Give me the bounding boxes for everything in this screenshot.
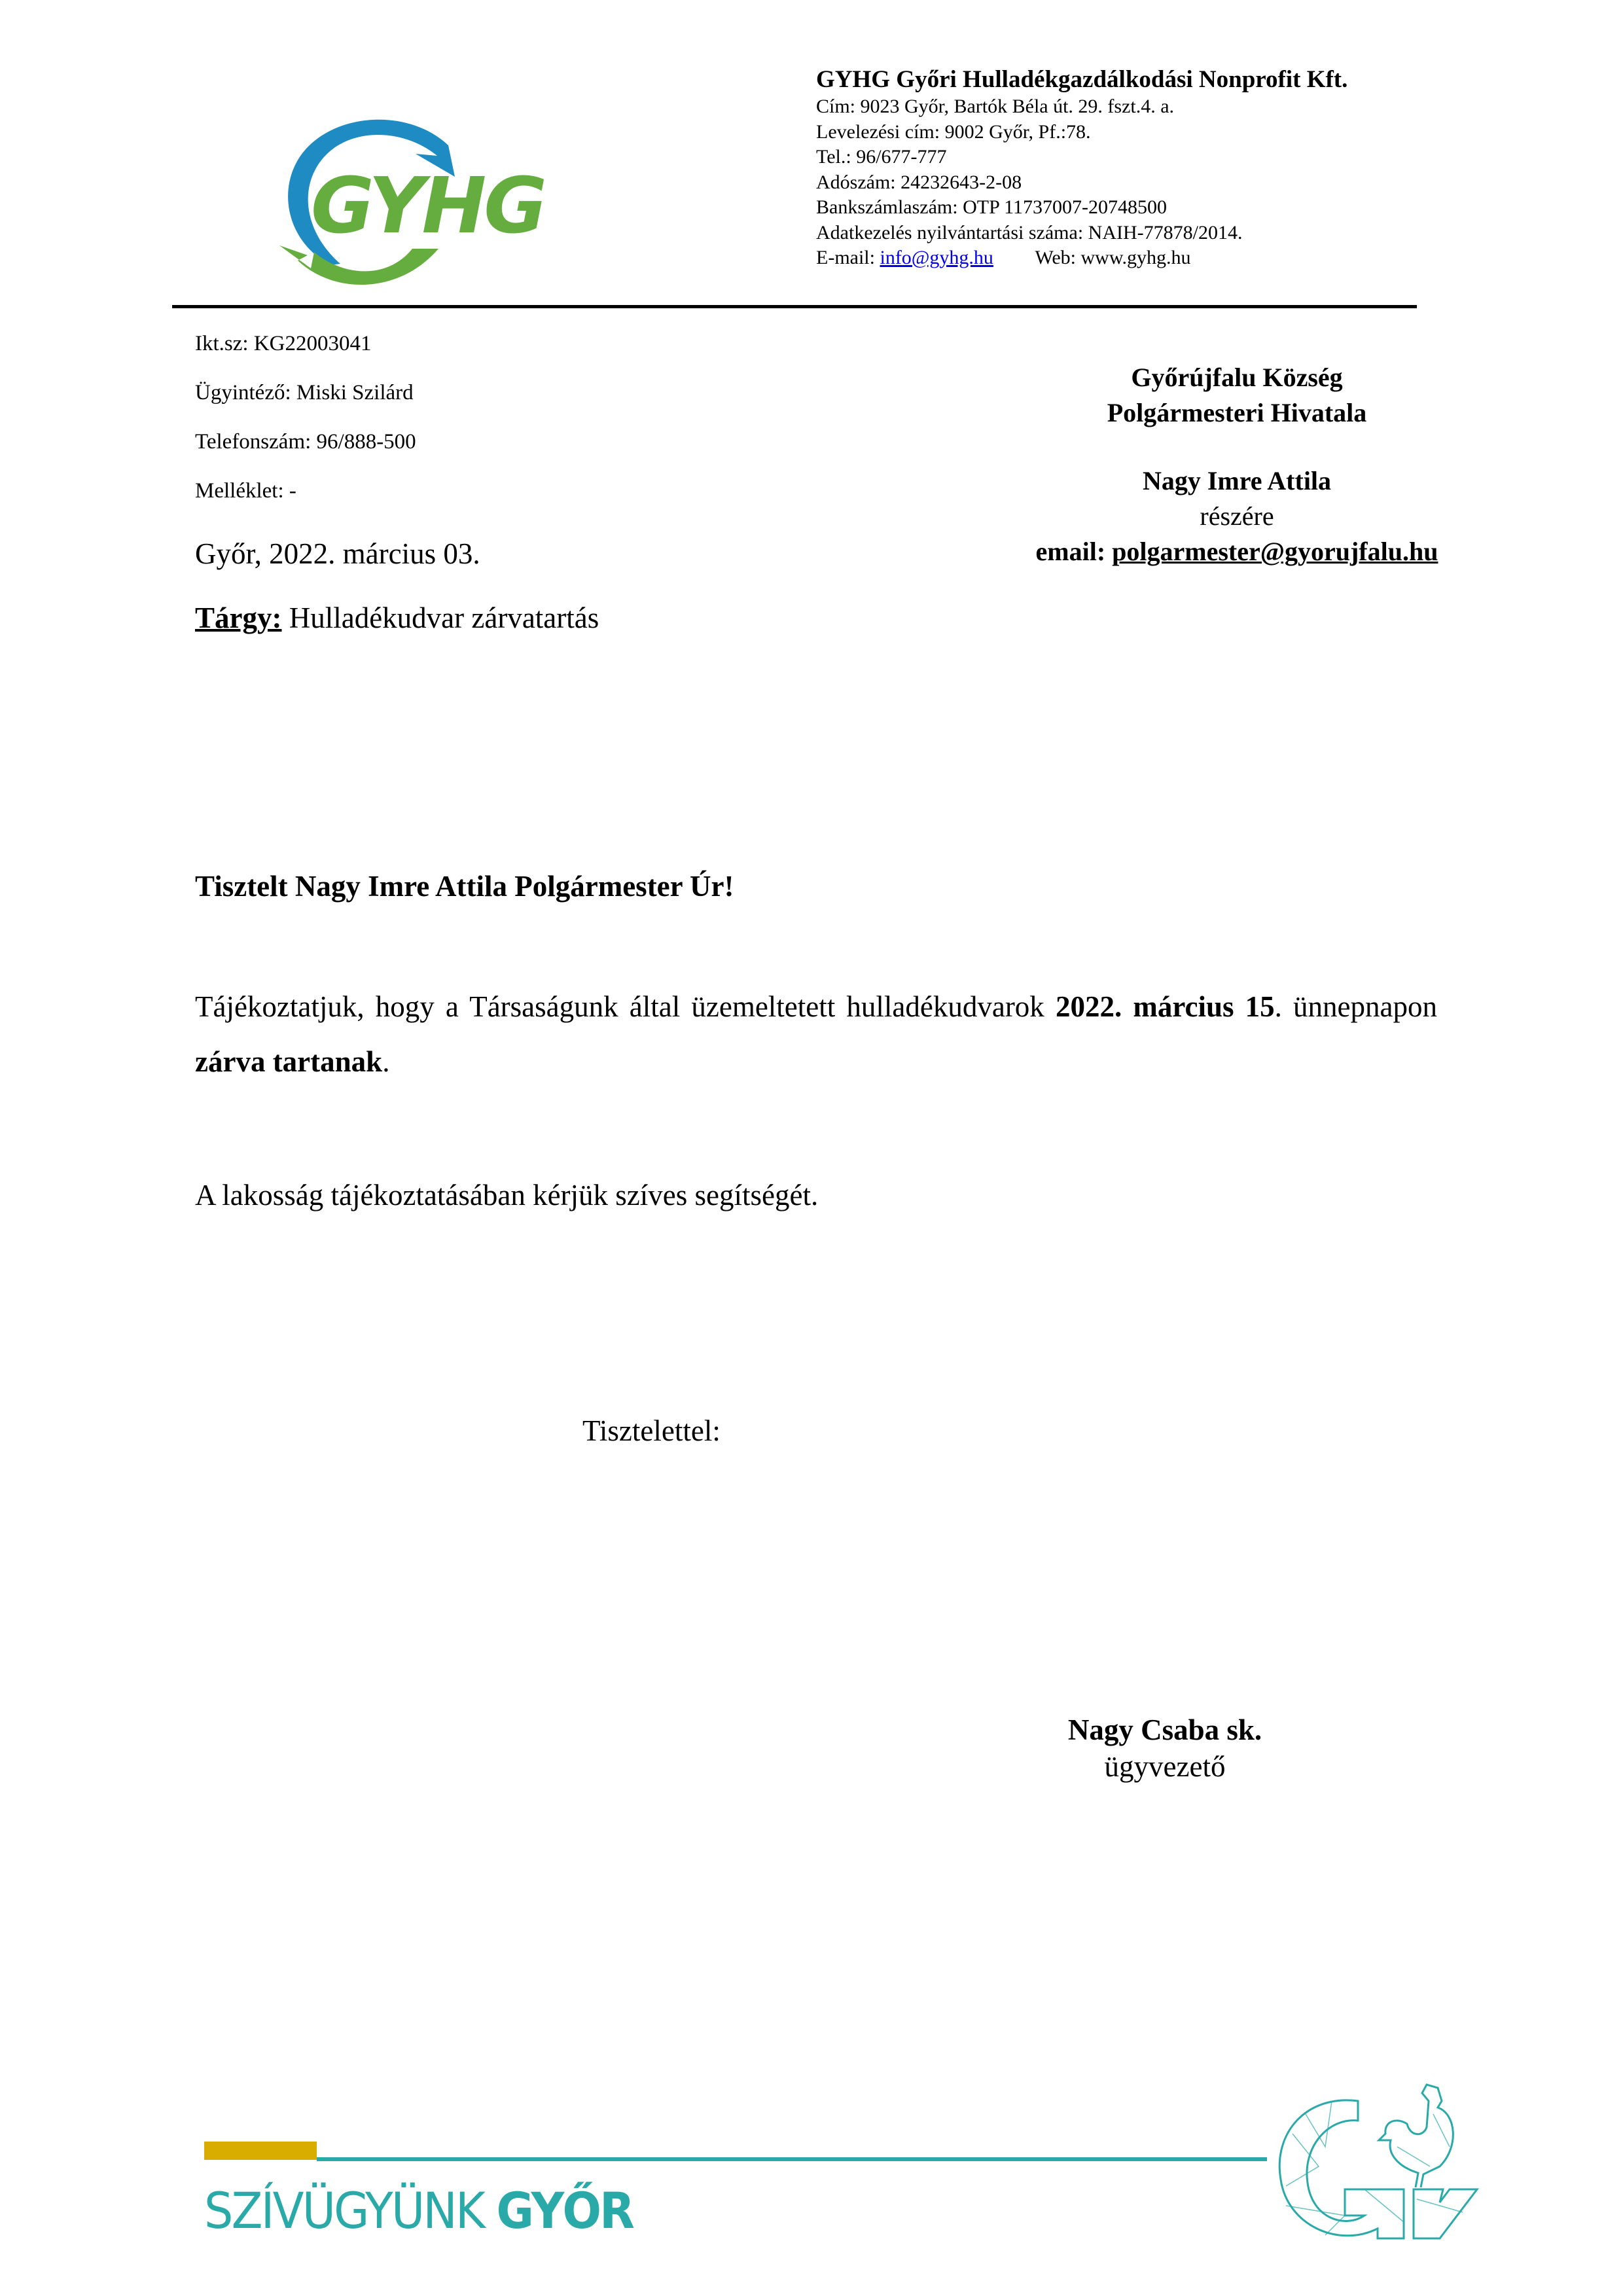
subject-line: Tárgy: Hulladékudvar zárvatartás (195, 601, 599, 635)
attachment: Melléklet: - (195, 478, 296, 504)
company-info: GYHG Győri Hulladékgazdálkodási Nonprofi… (816, 65, 1471, 271)
email-label: E-mail: (816, 247, 875, 268)
body-paragraph-2: A lakosság tájékoztatásában kérjük szíve… (195, 1178, 818, 1212)
company-web: Web: www.gyhg.hu (1035, 247, 1190, 268)
company-name: GYHG Győri Hulladékgazdálkodási Nonprofi… (816, 65, 1471, 94)
recipient-email-label: email: (1036, 537, 1106, 566)
recipient-name: Nagy Imre Attila (969, 463, 1505, 499)
handler-phone: Telefonszám: 96/888-500 (195, 429, 416, 455)
company-email-link[interactable]: info@gyhg.hu (880, 247, 993, 268)
subject-label: Tárgy: (195, 601, 281, 634)
para1-text: . ünnepnapon (1275, 990, 1437, 1023)
body-paragraph-1: Tájékoztatjuk, hogy a Társaságunk által … (195, 979, 1437, 1089)
closing: Tisztelettel: (582, 1414, 721, 1448)
recipient-email-line: email: polgarmester@gyorujfalu.hu (969, 534, 1505, 569)
gyor-rooster-logo-icon (1266, 2075, 1489, 2245)
reference-number: Ikt.sz: KG22003041 (195, 331, 371, 357)
para1-text: Tájékoztatjuk, hogy a Társaságunk által … (195, 990, 1056, 1023)
letter-date: Győr, 2022. március 03. (195, 537, 480, 571)
footer-slogan: SZÍVÜGYÜNK GYŐR (204, 2185, 633, 2237)
company-bank-account: Bankszámlaszám: OTP 11737007-20748500 (816, 195, 1471, 221)
signature-block: Nagy Csaba sk. ügyvezető (995, 1712, 1335, 1785)
subject-text: Hulladékudvar zárvatartás (289, 601, 599, 634)
para1-closed: zárva tartanak (195, 1045, 382, 1078)
case-handler: Ügyintéző: Miski Szilárd (195, 380, 414, 406)
signatory-title: ügyvezető (995, 1748, 1335, 1785)
company-data-registry: Adatkezelés nyilvántartási száma: NAIH-7… (816, 221, 1471, 246)
recipient-org-line2: Polgármesteri Hivatala (969, 395, 1505, 431)
header-divider (172, 305, 1417, 308)
company-address: Cím: 9023 Győr, Bartók Béla út. 29. fszt… (816, 94, 1471, 120)
footer-gold-accent (204, 2142, 317, 2160)
green-arrow-icon (279, 245, 438, 285)
footer-teal-line (317, 2157, 1267, 2161)
slogan-bold: GYŐR (497, 2181, 633, 2240)
para1-text: . (382, 1045, 389, 1078)
recipient-email-link[interactable]: polgarmester@gyorujfalu.hu (1112, 537, 1438, 566)
recipient-block: Győrújfalu Község Polgármesteri Hivatala… (969, 360, 1505, 569)
company-phone: Tel.: 96/677-777 (816, 145, 1471, 170)
slogan-regular: SZÍVÜGYÜNK (204, 2181, 497, 2240)
company-tax-number: Adószám: 24232643-2-08 (816, 170, 1471, 196)
signatory-name: Nagy Csaba sk. (995, 1712, 1335, 1748)
recipient-for: részére (969, 499, 1505, 534)
salutation: Tisztelt Nagy Imre Attila Polgármester Ú… (195, 869, 734, 903)
recipient-org-line1: Győrújfalu Község (969, 360, 1505, 395)
gyhg-logo: GYHG (268, 98, 550, 295)
svg-text:GYHG: GYHG (311, 160, 544, 251)
para1-date: 2022. március 15 (1056, 990, 1275, 1023)
company-contact: E-mail: info@gyhg.hu Web: www.gyhg.hu (816, 245, 1471, 271)
company-mailing-address: Levelezési cím: 9002 Győr, Pf.:78. (816, 120, 1471, 145)
